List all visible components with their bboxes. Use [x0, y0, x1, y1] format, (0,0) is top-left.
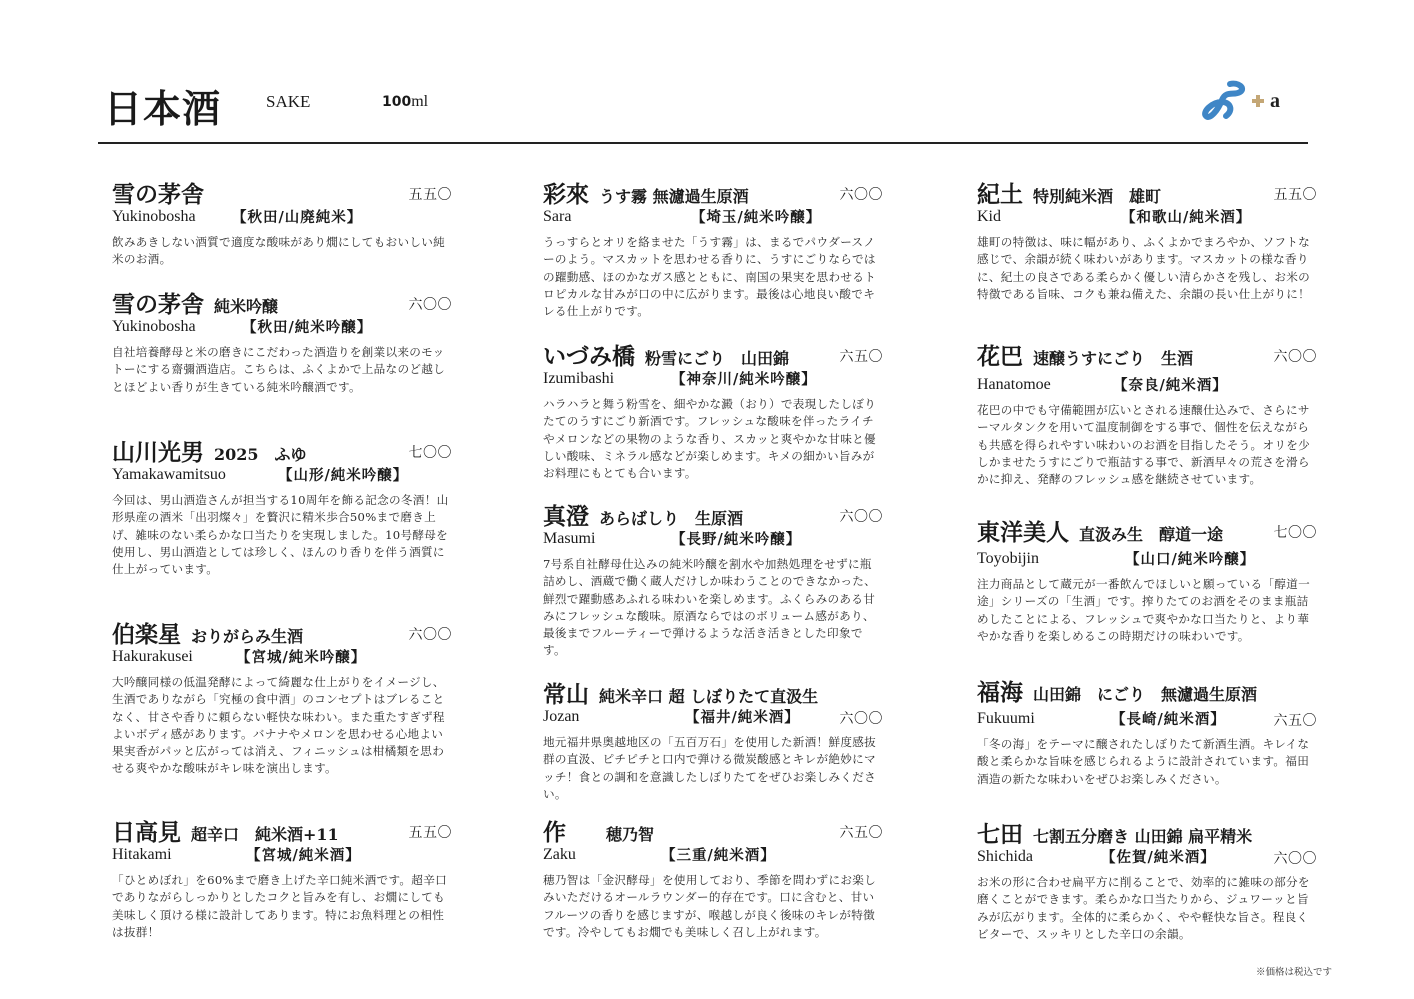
sake-description: ハラハラと舞う粉雪を、細やかな澱（おり）で表現したしぼりたてのうすにごり新酒です… [543, 396, 883, 482]
sake-description: 飲みあきしない酒質で適度な酸味があり燗にしてもおいしい純米のお酒。 [112, 234, 452, 269]
sake-region: 【神奈川/純米吟醸】 [671, 368, 817, 389]
header-divider [98, 142, 1308, 144]
sake-item: 真澄あらばしり 生原酒六〇〇 Masumi【長野/純米吟醸】 7号系自社酵母仕込… [543, 498, 883, 660]
sake-item: 彩來うす霧 無濾過生原酒六〇〇 Sara【埼玉/純米吟醸】 うっすらとオリを絡ま… [543, 176, 883, 320]
sake-region: 【佐賀/純米酒】 [1101, 846, 1216, 867]
sake-region: 【三重/純米酒】 [661, 844, 776, 865]
sake-description: お米の形に合わせ扁平方に削ることで、効率的に雑味の部分を磨くことができます。柔ら… [977, 874, 1317, 943]
sake-description: うっすらとオリを絡ませた「うす霧」は、まるでパウダースノーのよう。マスカットを思… [543, 234, 883, 320]
sake-region: 【長野/純米吟醸】 [671, 528, 801, 549]
sake-name-en: Izumibashi [543, 370, 614, 387]
sake-name-en: Shichida [977, 848, 1033, 865]
sake-name-jp: 東洋美人 [977, 519, 1069, 546]
sake-price: 六五〇 [840, 346, 884, 366]
sake-subtitle: 穂乃智 [606, 825, 654, 844]
sake-price: 六〇〇 [1274, 346, 1318, 366]
sake-region: 【長崎/純米酒】 [1111, 708, 1226, 729]
sake-name-jp: 真澄 [543, 503, 589, 530]
sake-subtitle: うす霧 無濾過生原酒 [599, 187, 749, 206]
sake-description: 雄町の特徴は、味に幅があり、ふくよかでまろやか、ソフトな感じで、余韻が続く味わい… [977, 234, 1317, 303]
sake-description: 今回は、男山酒造さんが担当する10周年を飾る記念の冬酒！山形県産の酒米「出羽燦々… [112, 492, 452, 578]
sake-price: 六五〇 [1274, 710, 1318, 730]
sake-name-en: Kid [977, 208, 1001, 225]
sake-item: 福海山田錦 にごり 無濾過生原酒 Fukuumi【長崎/純米酒】六五〇 「冬の海… [977, 674, 1317, 788]
sake-price: 七〇〇 [409, 442, 453, 462]
sake-name-jp: 福海 [977, 679, 1023, 706]
sake-name-jp: 雪の茅舎 [112, 181, 204, 208]
serving-size-number: 100 [382, 94, 411, 110]
swirl-logo-icon [1200, 80, 1248, 124]
sake-item: 山川光男2025 ふゆ七〇〇 Yamakawamitsuo【山形/純米吟醸】 今… [112, 434, 452, 578]
sake-name-en: Hakurakusei [112, 648, 193, 665]
sake-name-en: Yamakawamitsuo [112, 466, 226, 483]
sake-subtitle: 純米吟醸 [214, 297, 278, 316]
sake-item: 日高見超辛口 純米酒+11五五〇 Hitakami【宮城/純米酒】 「ひとめぼれ… [112, 814, 452, 941]
sake-item: 花巴速醸うすにごり 生酒六〇〇 Hanatomoe【奈良/純米酒】 花巴の中でも… [977, 338, 1317, 488]
logo-letter: a [1270, 90, 1280, 113]
sake-subtitle: おりがらみ生酒 [191, 627, 303, 646]
sake-name-jp: 雪の茅舎 [112, 291, 204, 318]
sake-name-jp: 常山 [543, 681, 589, 708]
sake-subtitle: 七割五分磨き 山田錦 扁平精米 [1033, 827, 1252, 846]
sake-description: 自社培養酵母と米の磨きにこだわった酒造りを創業以来のモットーにする齋彌酒造店。こ… [112, 344, 452, 396]
sake-price: 六〇〇 [409, 624, 453, 644]
sake-subtitle: 純米辛口 超 しぼりたて直汲生 [599, 687, 818, 706]
sake-item: 伯楽星おりがらみ生酒六〇〇 Hakurakusei【宮城/純米吟醸】 大吟醸同様… [112, 616, 452, 778]
sake-item: 東洋美人直汲み生 醇道一途七〇〇 Toyobijin【山口/純米吟醸】 注力商品… [977, 514, 1317, 645]
sake-name-en: Hanatomoe [977, 376, 1051, 393]
sake-description: 大吟醸同様の低温発酵によって綺麗な仕上がりをイメージし、生酒でありながら「究極の… [112, 674, 452, 778]
sake-subtitle: 速醸うすにごり 生酒 [1033, 349, 1193, 368]
sake-subtitle: 特別純米酒 雄町 [1033, 187, 1161, 206]
sake-price: 五五〇 [409, 822, 453, 842]
serving-size: 100ml [382, 93, 428, 111]
sake-name-en: Fukuumi [977, 710, 1035, 727]
sake-price: 六〇〇 [840, 506, 884, 526]
sake-item: 雪の茅舎純米吟醸六〇〇 Yukinobosha【秋田/純米吟醸】 自社培養酵母と… [112, 286, 452, 396]
sake-subtitle: あらばしり 生原酒 [599, 509, 743, 528]
sake-subtitle: 山田錦 にごり 無濾過生原酒 [1033, 685, 1257, 704]
sake-description: 「冬の海」をテーマに醸されたしぼりたて新酒生酒。キレイな酸と柔らかな旨味を感じら… [977, 736, 1317, 788]
sake-item: いづみ橋粉雪にごり 山田錦六五〇 Izumibashi【神奈川/純米吟醸】 ハラ… [543, 338, 883, 482]
sake-name-jp: 彩來 [543, 181, 589, 208]
sake-name-en: Masumi [543, 530, 595, 547]
sake-description: 7号系自社酵母仕込みの純米吟醸を割水や加熱処理をせずに瓶詰めし、酒蔵で働く蔵人だ… [543, 556, 883, 660]
brand-logo: a [1200, 80, 1300, 124]
sake-region: 【和歌山/純米酒】 [1121, 206, 1251, 227]
sake-region: 【宮城/純米吟醸】 [236, 646, 366, 667]
page-header: 日本酒 SAKE 100ml a [100, 78, 1310, 144]
sake-name-en: Yukinobosha [112, 208, 196, 225]
sake-description: 穂乃智は「金沢酵母」を使用しており、季節を問わずにお楽しみいただけるオールラウン… [543, 872, 883, 941]
sake-name-jp: 日高見 [112, 819, 181, 846]
sake-description: 注力商品として蔵元が一番飲んでほしいと願っている「醇道一途」シリーズの「生酒」で… [977, 576, 1317, 645]
sake-item: 作穂乃智六五〇 Zaku【三重/純米酒】 穂乃智は「金沢酵母」を使用しており、季… [543, 814, 883, 941]
sake-name-jp: いづみ橋 [543, 343, 635, 370]
sake-price: 六〇〇 [409, 294, 453, 314]
sake-item: 七田七割五分磨き 山田錦 扁平精米 Shichida【佐賀/純米酒】六〇〇 お米… [977, 816, 1317, 943]
sake-name-jp: 山川光男 [112, 439, 204, 466]
sake-name-en: Jozan [543, 708, 579, 725]
sake-price: 五五〇 [1274, 184, 1318, 204]
sake-price: 六〇〇 [840, 708, 884, 728]
sake-region: 【埼玉/純米吟醸】 [691, 206, 821, 227]
sake-subtitle: 直汲み生 醇道一途 [1079, 525, 1223, 544]
sake-price: 六五〇 [840, 822, 884, 842]
sake-price: 六〇〇 [840, 184, 884, 204]
sake-name-en: Sara [543, 208, 571, 225]
sake-name-en: Zaku [543, 846, 576, 863]
sake-item: 雪の茅舎五五〇 Yukinobosha【秋田/山廃純米】 飲みあきしない酒質で適… [112, 176, 452, 269]
sake-subtitle: 粉雪にごり 山田錦 [645, 349, 789, 368]
sake-name-en: Toyobijin [977, 550, 1039, 567]
sake-name-jp: 七田 [977, 821, 1023, 848]
sake-price: 五五〇 [409, 184, 453, 204]
sake-name-en: Hitakami [112, 846, 172, 863]
sake-item: 常山純米辛口 超 しぼりたて直汲生 Jozan【福井/純米酒】六〇〇 地元福井県… [543, 676, 883, 803]
sake-description: 地元福井県奥越地区の「五百万石」を使用した新酒！鮮度感抜群の直汲、ピチピチと口内… [543, 734, 883, 803]
sake-name-jp: 花巴 [977, 343, 1023, 370]
sake-region: 【秋田/山廃純米】 [232, 206, 362, 227]
sake-subtitle: 超辛口 純米酒+11 [191, 825, 339, 844]
sake-description: 花巴の中でも守備範囲が広いとされる速醸仕込みで、さらにサーマルタンクを用いて温度… [977, 402, 1317, 488]
page-subtitle: SAKE [266, 92, 310, 112]
sake-price: 六〇〇 [1274, 848, 1318, 868]
sake-name-jp: 伯楽星 [112, 621, 181, 648]
sake-region: 【山形/純米吟醸】 [278, 464, 408, 485]
sake-name-jp: 作 [543, 819, 566, 846]
sake-region: 【秋田/純米吟醸】 [242, 316, 372, 337]
sake-name-jp: 紀土 [977, 181, 1023, 208]
sake-subtitle: 2025 ふゆ [214, 445, 307, 464]
sake-price: 七〇〇 [1274, 522, 1318, 542]
sake-region: 【山口/純米吟醸】 [1125, 548, 1255, 569]
sake-region: 【奈良/純米酒】 [1113, 374, 1228, 395]
sake-name-en: Yukinobosha [112, 318, 196, 335]
page-title: 日本酒 [104, 78, 221, 133]
sake-item: 紀土特別純米酒 雄町五五〇 Kid【和歌山/純米酒】 雄町の特徴は、味に幅があり… [977, 176, 1317, 303]
serving-size-unit: ml [411, 93, 428, 110]
sake-description: 「ひとめぼれ」を60%まで磨き上げた辛口純米酒です。超辛口でありながらしっかりと… [112, 872, 452, 941]
plus-icon [1252, 95, 1264, 107]
tax-note: ※価格は税込です [1256, 964, 1332, 978]
sake-region: 【福井/純米酒】 [685, 706, 800, 727]
sake-region: 【宮城/純米酒】 [246, 844, 361, 865]
